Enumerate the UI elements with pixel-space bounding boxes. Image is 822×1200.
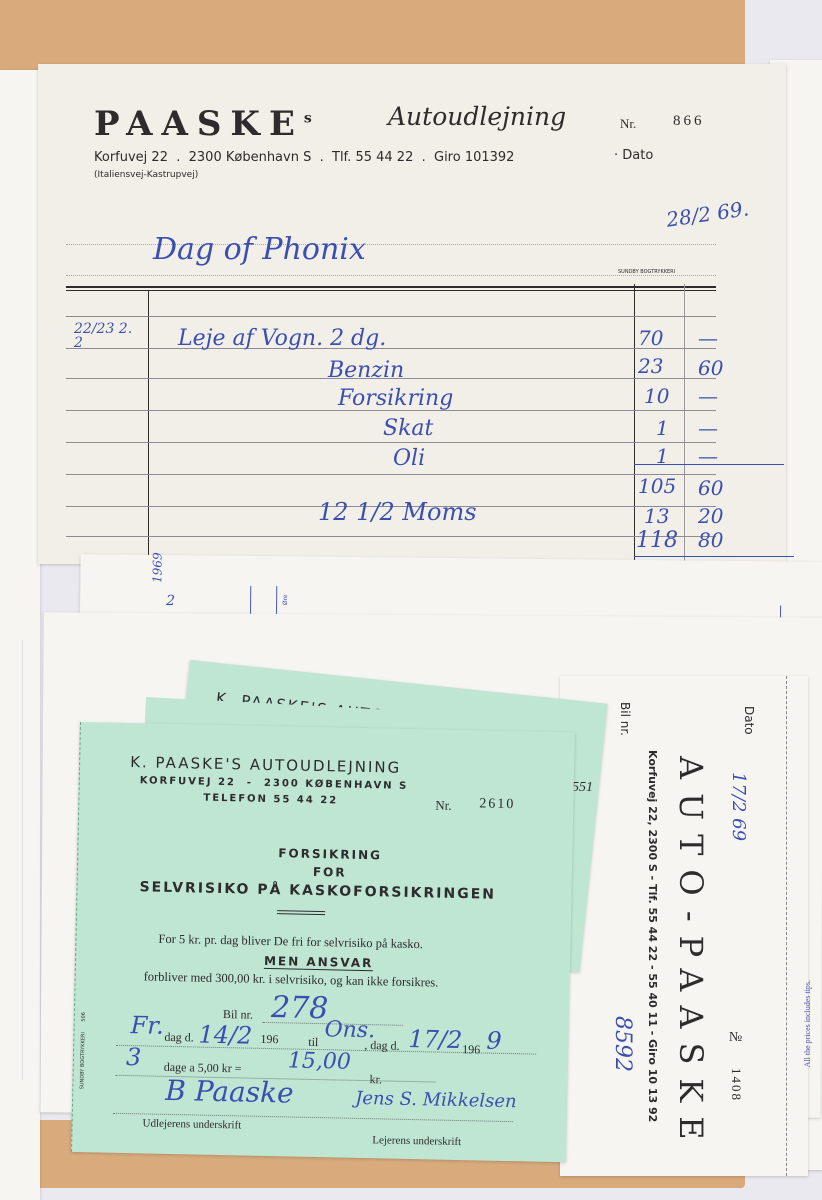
address-line: Korfuvej 22 . 2300 København S . Tlf. 55… [94,150,514,165]
line-item-kr: 10 [644,384,669,408]
tips-note: All the prices includes tips. [803,980,812,1067]
script-title: Autoudlejning [388,102,566,131]
line-item-ore: — [698,416,718,440]
slip-printer-mark: SUNDBY BOGTRYKKERI [79,1032,86,1089]
side-receipt-dashed-edge [786,676,787,1176]
left-paper-strip [0,640,23,1080]
rear-slip-number: 551 [572,780,593,796]
side-receipt-address: Korfuvej 22, 2300 S - Tlf. 55 44 22 - 55… [646,750,659,1122]
from-date-hand: 14/2 [198,1021,252,1050]
customer-name-handwritten: Dag of Phonix [153,232,366,267]
slip-heading-forsikring: FORSIKRING [278,846,382,862]
amount-column-divider [634,284,635,564]
slip-company: K. PAASKE'S AUTOUDLEJNING [130,753,401,777]
slip-heading-rule [277,910,325,912]
side-receipt-no: 1408 [728,1068,744,1102]
line-item-kr: 70 [638,326,663,350]
side-receipt-no-label: № [727,1030,743,1045]
tenant-signature: Jens S. Mikkelsen [355,1088,517,1112]
side-receipt-date: 17/2 69 [728,772,749,841]
amount-hand: 15,00 [288,1048,351,1074]
landlord-signature: B Paaske [165,1074,294,1110]
to-date-hand: 17/2 [408,1025,462,1054]
name-line-2 [66,275,716,277]
line-item-description: Forsikring [338,386,453,411]
brand-name: PAASKEs [94,104,312,144]
line-item-ore: 60 [698,356,723,380]
slip-body-2: forbliver med 300,00 kr. i selvrisiko, o… [144,969,439,990]
slip-emphasis: MEN ANSVAR [264,954,374,971]
invoice-number-label: Nr. [620,116,636,132]
invoice-date-handwritten: 28/2 69. [665,196,751,231]
landlord-label: Udlejerens underskrift [142,1117,241,1131]
line-item-kr: 23 [638,354,663,378]
bil-value: 278 [271,990,329,1026]
dag-label: dag d. [164,1030,194,1046]
middle-receipt-year: 1969 [150,552,164,583]
tenant-label: Lejerens underskrift [372,1134,461,1148]
row-line [66,348,716,349]
date-column-divider [148,290,149,564]
row-line [66,442,716,443]
slip-phone: TELEFON 55 44 22 [203,793,338,807]
total-ore: 80 [698,528,723,552]
insurance-slip: K. PAASKE'S AUTOUDLEJNING KORFUVEJ 22 - … [71,722,575,1162]
dato-label: · Dato [614,148,653,163]
side-receipt-dato-label: Dato [742,706,756,735]
slip-form-code: 506 [81,1012,87,1022]
total-underline [634,556,794,557]
line-item-description: Benzin [328,358,404,383]
total-kr: 118 [636,528,678,553]
printer-mark: SUNDBY BOGTRYKKERI [618,269,675,275]
slip-heading-rule-2 [277,913,325,915]
table-top-rule [66,286,716,288]
row-line [66,474,716,475]
line-item-description: Skat [383,416,433,441]
line-item-description: Leje af Vogn. 2 dg. [178,326,386,351]
table-top-rule-2 [66,290,716,291]
vat-kr: 13 [644,504,669,528]
invoice-number: 866 [673,113,705,130]
year-prefix: 196 [260,1032,278,1047]
slip-heading-for: FOR [313,865,347,880]
subtotal-ore: 60 [698,476,723,500]
line-item-kr: 1 [656,416,669,440]
dag-label-2: , dag d. [364,1038,400,1054]
ore-label: Øre [282,594,289,605]
sub-address: (Italiensvej-Kastrupvej) [94,170,198,180]
brand-suffix: s [304,111,312,127]
kraft-envelope-top [0,0,745,70]
row-line [66,316,716,317]
amount-kr-label: kr. [369,1072,382,1087]
year-2-hand: 9 [486,1027,502,1055]
til-label: til [308,1035,318,1050]
side-receipt-bil-number: 8592 [610,1016,635,1072]
subtotal-rule [634,464,784,465]
middle-receipt-month: 2 [166,593,175,609]
ore-column-divider [684,284,685,564]
slip-heading-selvrisiko: SELVRISIKO PÅ KASKOFORSIKRINGEN [139,879,496,902]
side-receipt-bil-label: Bil nr. [618,702,632,736]
row-line [66,536,716,537]
day-from-hand: Fr. [130,1011,164,1040]
year-2: 196 [462,1042,480,1057]
line-item-ore: — [698,326,718,350]
slip-body-1: For 5 kr. pr. dag bliver De fri for selv… [158,932,423,953]
days-hand: 3 [126,1043,142,1071]
vat-description: 12 1/2 Moms [318,498,477,526]
vat-ore: 20 [698,504,723,528]
invoice-paper: PAASKEs Autoudlejning Nr. 866 Korfuvej 2… [38,64,786,564]
line-item-description: Oli [393,446,425,471]
slip-address: KORFUVEJ 22 - 2300 KØBENHAVN S [140,775,409,792]
line-item-date: 22/23 2. 2 [74,322,144,350]
line-item-ore: — [698,384,718,408]
subtotal-kr: 105 [638,474,676,498]
slip-nr-value: 2610 [479,796,515,813]
slip-nr-label: Nr. [435,797,452,813]
side-receipt-brand: AUTO-PAASKE [672,756,710,1154]
